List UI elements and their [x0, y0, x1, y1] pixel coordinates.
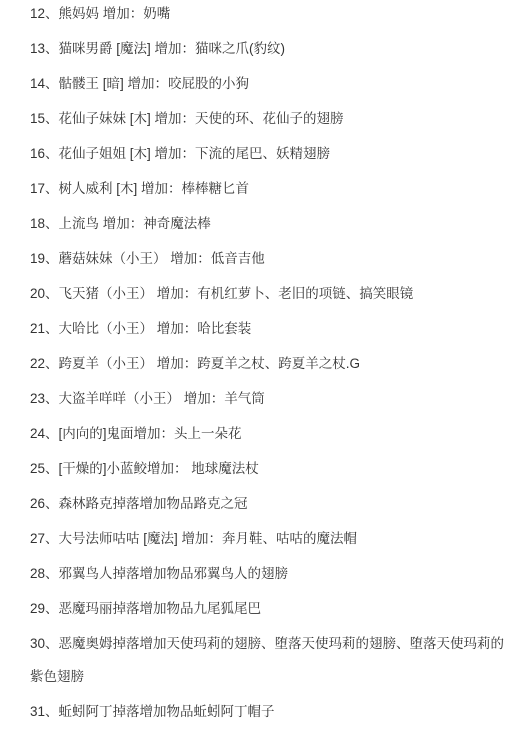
list-item-26: 26、森林路克掉落增加物品路克之冠 [30, 487, 507, 520]
drop-list-document: 12、熊妈妈 增加：奶嘴 13、猫咪男爵 [魔法] 增加：猫咪之爪(豹纹) 14… [0, 0, 507, 747]
list-item-18: 18、上流鸟 增加：神奇魔法棒 [30, 207, 507, 240]
list-item-21: 21、大哈比（小王） 增加：哈比套装 [30, 312, 507, 345]
list-item-24: 24、[内向的]鬼面增加：头上一朵花 [30, 417, 507, 450]
list-item-15: 15、花仙子妹妹 [木] 增加：天使的环、花仙子的翅膀 [30, 102, 507, 135]
list-item-13: 13、猫咪男爵 [魔法] 增加：猫咪之爪(豹纹) [30, 32, 507, 65]
list-item-22: 22、跨夏羊（小王） 增加：跨夏羊之杖、跨夏羊之杖.G [30, 347, 507, 380]
list-item-19: 19、蘑菇妹妹（小王） 增加：低音吉他 [30, 242, 507, 275]
list-item-31: 31、蚯蚓阿丁掉落增加物品蚯蚓阿丁帽子 [30, 695, 507, 728]
list-item-29: 29、恶魔玛丽掉落增加物品九尾狐尾巴 [30, 592, 507, 625]
list-item-20: 20、飞天猪（小王） 增加：有机红萝卜、老旧的项链、搞笑眼镜 [30, 277, 507, 310]
list-item-27: 27、大号法师咕咕 [魔法] 增加：奔月鞋、咕咕的魔法帽 [30, 522, 507, 555]
list-item-28: 28、邪翼鸟人掉落增加物品邪翼鸟人的翅膀 [30, 557, 507, 590]
list-item-14: 14、骷髅王 [暗] 增加：咬屁股的小狗 [30, 67, 507, 100]
list-item-25: 25、[干燥的]小蓝鲛增加： 地球魔法杖 [30, 452, 507, 485]
list-item-17: 17、树人威利 [木] 增加：棒棒糖匕首 [30, 172, 507, 205]
list-item-16: 16、花仙子姐姐 [木] 增加：下流的尾巴、妖精翅膀 [30, 137, 507, 170]
list-item-23: 23、大盗羊咩咩（小王） 增加：羊气筒 [30, 382, 507, 415]
list-item-30: 30、恶魔奥姆掉落增加天使玛莉的翅膀、堕落天使玛莉的翅膀、堕落天使玛莉的 紫色翅… [30, 627, 507, 693]
list-item-12: 12、熊妈妈 增加：奶嘴 [30, 0, 507, 30]
